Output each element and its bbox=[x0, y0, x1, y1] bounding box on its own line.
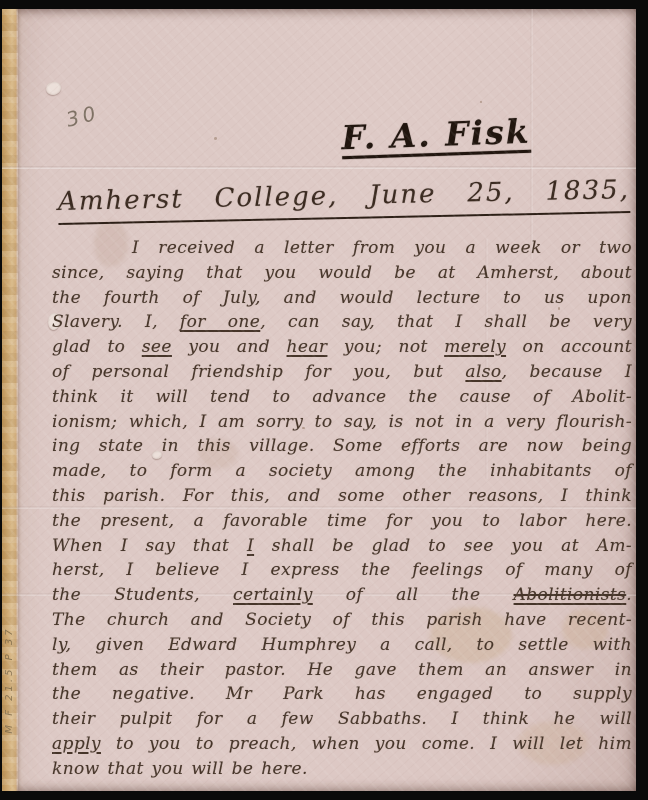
letter-text: to you to preach, when you come. I will … bbox=[101, 734, 632, 754]
underlined-word: certainly bbox=[233, 585, 313, 605]
letter-text: on account bbox=[506, 337, 632, 357]
letter-line: herst, I believe I express the feelings … bbox=[52, 558, 632, 583]
pencil-page-number: 30 bbox=[64, 100, 102, 131]
underlined-word: also bbox=[465, 362, 501, 382]
underlined-word: see bbox=[142, 337, 172, 357]
fold-crease-horizontal-1 bbox=[2, 166, 636, 169]
letter-line: The church and Society of this parish ha… bbox=[52, 608, 632, 633]
letter-text: herst, I believe I express the feelings … bbox=[52, 560, 632, 580]
letter-text: glad to bbox=[52, 337, 142, 357]
letter-text: this parish. For this, and some other re… bbox=[52, 486, 632, 506]
letter-line: since, saying that you would be at Amher… bbox=[52, 261, 632, 286]
letter-line: the fourth of July, and would lecture to… bbox=[52, 286, 632, 311]
letter-line: made, to form a society among the inhabi… bbox=[52, 459, 632, 484]
letter-line: the present, a favorable time for you to… bbox=[52, 509, 632, 534]
letter-line: their pulpit for a few Sabbaths. I think… bbox=[52, 707, 632, 732]
letter-heading-wrap: F. A. Fisk bbox=[319, 111, 552, 158]
letter-text: since, saying that you would be at Amher… bbox=[52, 263, 632, 283]
letter-text: ing state in this village. Some efforts … bbox=[52, 436, 632, 456]
spine-annotation: M F 21.5 P 37 bbox=[2, 601, 18, 759]
letter-line: ly, given Edward Humphrey a call, to set… bbox=[52, 633, 632, 658]
underlined-word: merely bbox=[444, 337, 506, 357]
scanned-letter-page: 30 M F 21.5 P 37 F. A. Fisk Amherst Coll… bbox=[0, 0, 648, 800]
letter-line: the Students, certainly of all the Aboli… bbox=[52, 583, 632, 608]
letter-text: the Students, bbox=[52, 585, 233, 605]
letter-line: the negative. Mr Park has engaged to sup… bbox=[52, 682, 632, 707]
letter-text: of personal friendship for you, but bbox=[52, 362, 465, 382]
underlined-word: for one bbox=[180, 312, 260, 332]
underlined-word: I bbox=[247, 536, 254, 556]
letter-text: When I say that bbox=[52, 536, 247, 556]
letter-text: made, to form a society among the inhabi… bbox=[52, 461, 632, 481]
underlined-word: hear bbox=[287, 337, 328, 357]
letter-line: When I say that I shall be glad to see y… bbox=[52, 534, 632, 559]
letter-text: the present, a favorable time for you to… bbox=[52, 511, 632, 531]
letter-text: . bbox=[626, 585, 632, 605]
letter-line: ing state in this village. Some efforts … bbox=[52, 434, 632, 459]
letter-line: Slavery. I, for one, can say, that I sha… bbox=[52, 310, 632, 335]
letter-text: The church and Society of this parish ha… bbox=[52, 610, 632, 630]
letter-author-heading: F. A. Fisk bbox=[341, 112, 531, 158]
letter-text: shall be glad to see you at Am- bbox=[254, 536, 632, 556]
underlined-word: Abolitionists bbox=[514, 585, 627, 605]
letter-line: glad to see you and hear you; not merely… bbox=[52, 335, 632, 360]
letter-line: think it will tend to advance the cause … bbox=[52, 385, 632, 410]
paper-chip bbox=[46, 82, 61, 95]
letter-text: think it will tend to advance the cause … bbox=[52, 387, 632, 407]
letter-body: I received a letter from you a week or t… bbox=[52, 236, 632, 782]
letter-sheet: 30 M F 21.5 P 37 F. A. Fisk Amherst Coll… bbox=[2, 9, 636, 791]
letter-text: I received a letter from you a week or t… bbox=[132, 238, 632, 258]
letter-text: the negative. Mr Park has engaged to sup… bbox=[52, 684, 632, 704]
underlined-word: apply bbox=[52, 734, 101, 754]
letter-line: know that you will be here. bbox=[52, 757, 632, 782]
letter-line: I received a letter from you a week or t… bbox=[52, 236, 632, 261]
letter-text: , can say, that I shall be very bbox=[260, 312, 632, 332]
letter-line: ionism; which, I am sorry to say, is not… bbox=[52, 410, 632, 435]
letter-text: ly, given Edward Humphrey a call, to set… bbox=[52, 635, 632, 655]
letter-text: the fourth of July, and would lecture to… bbox=[52, 288, 632, 308]
letter-line: apply to you to preach, when you come. I… bbox=[52, 732, 632, 757]
letter-text: know that you will be here. bbox=[52, 759, 308, 779]
letter-line: them as their pastor. He gave them an an… bbox=[52, 658, 632, 683]
speck bbox=[214, 137, 217, 140]
speck bbox=[480, 101, 482, 103]
letter-line: of personal friendship for you, but also… bbox=[52, 360, 632, 385]
letter-text: Slavery. I, bbox=[52, 312, 180, 332]
letter-line: this parish. For this, and some other re… bbox=[52, 484, 632, 509]
letter-text: their pulpit for a few Sabbaths. I think… bbox=[52, 709, 632, 729]
letter-text: , because I bbox=[502, 362, 632, 382]
letter-text: of all the bbox=[313, 585, 514, 605]
letter-text: ionism; which, I am sorry to say, is not… bbox=[52, 412, 632, 432]
letter-text: them as their pastor. He gave them an an… bbox=[52, 660, 632, 680]
letter-dateline: Amherst College, June 25, 1835, bbox=[58, 173, 631, 225]
letter-text: you; not bbox=[327, 337, 444, 357]
letter-text: you and bbox=[172, 337, 287, 357]
